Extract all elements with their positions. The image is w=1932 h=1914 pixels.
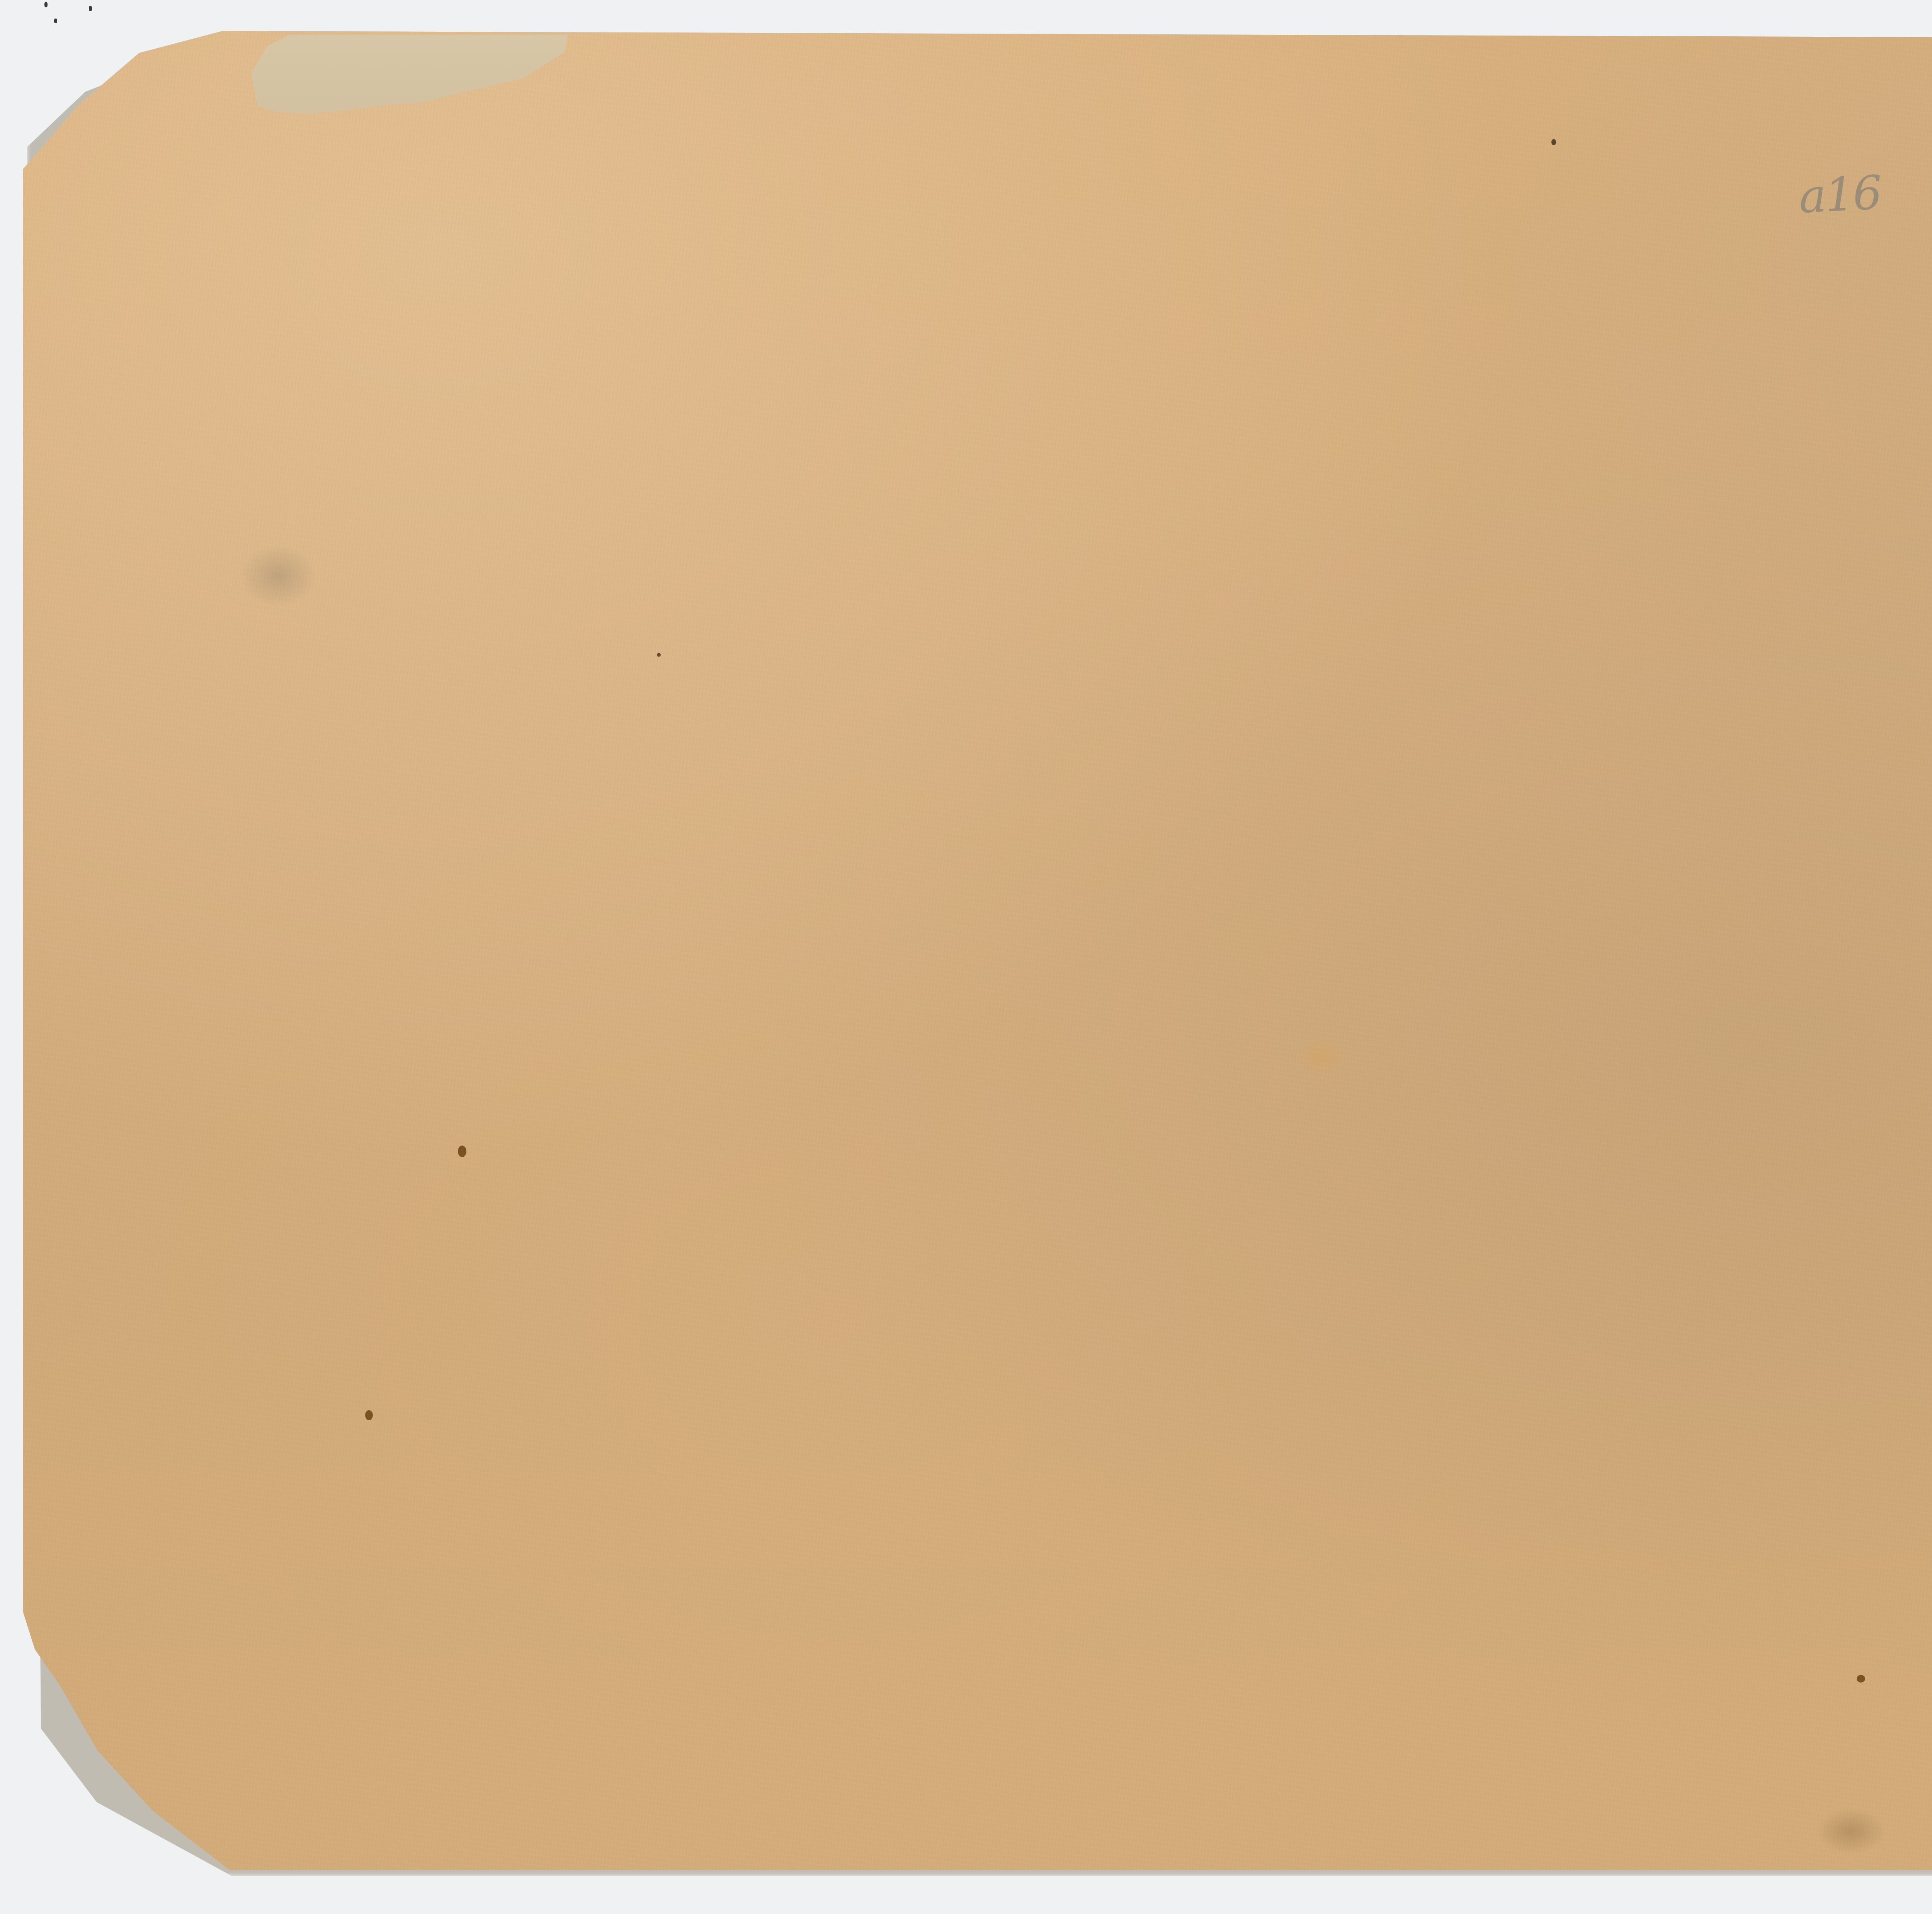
foxing-spot [657, 653, 661, 657]
stain [240, 545, 317, 607]
stain [1298, 1035, 1345, 1078]
card-mount-reverse: a16 [23, 31, 1932, 1870]
scan-debris [54, 19, 57, 23]
scan-debris [44, 2, 48, 7]
paper-fiber-texture [23, 31, 1932, 1870]
foxing-spot [458, 1146, 466, 1157]
stain [1816, 1808, 1886, 1855]
scan-debris [89, 6, 92, 11]
foxing-spot [365, 1410, 373, 1420]
foxing-spot [1857, 1675, 1865, 1683]
pencil-inscription: a16 [1798, 166, 1882, 224]
foxing-spot [1551, 139, 1556, 145]
